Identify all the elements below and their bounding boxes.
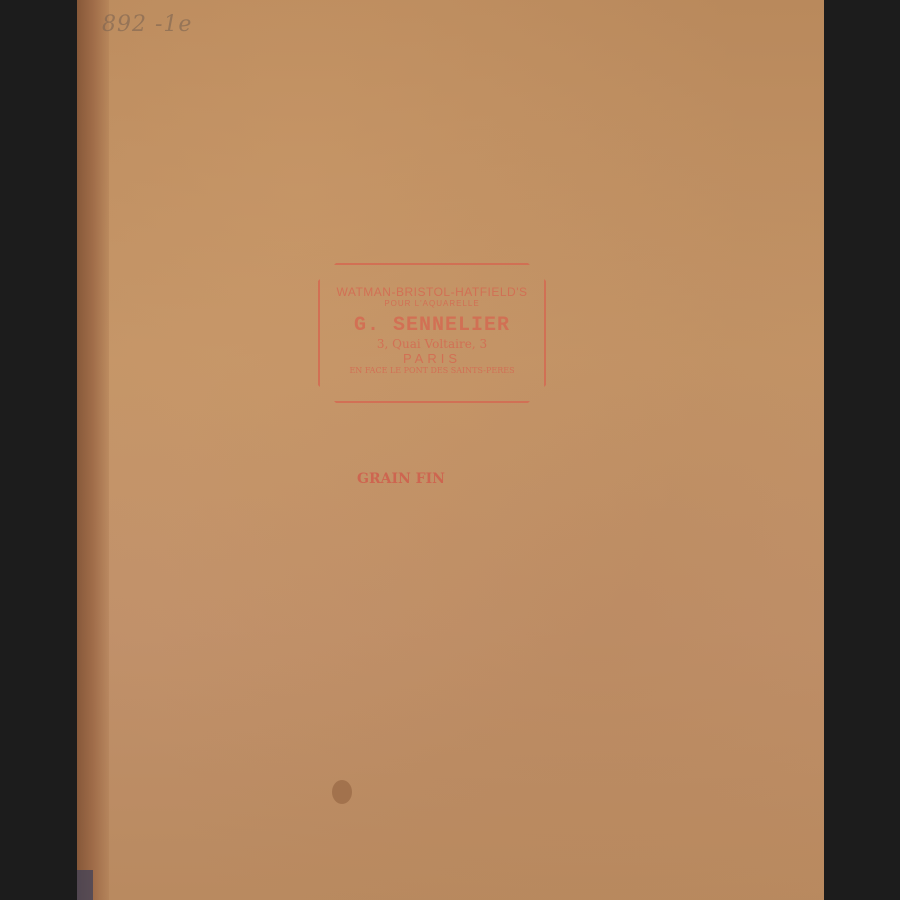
stain-spot: [332, 780, 352, 804]
stamp-line-6: EN FACE LE PONT DES SAINTS-PERES: [320, 366, 544, 375]
grain-fin-label: GRAIN FIN: [357, 471, 445, 487]
stamp-line-5: PARIS: [320, 351, 544, 366]
stamp-line-4: 3, Quai Voltaire, 3: [320, 337, 544, 351]
stamp-line-3: G. SENNELIER: [320, 314, 544, 337]
stamp-line-2: POUR L'AQUARELLE: [320, 299, 544, 308]
paper-backing: 892 -1e WATMAN-BRISTOL-HATFIELD'S POUR L…: [77, 0, 824, 900]
blue-mark: [77, 870, 93, 900]
pencil-inscription: 892 -1e: [102, 12, 192, 37]
stamp-line-1: WATMAN-BRISTOL-HATFIELD'S: [320, 285, 544, 299]
tape-edge-strip: [77, 0, 109, 900]
sennelier-stamp: WATMAN-BRISTOL-HATFIELD'S POUR L'AQUAREL…: [318, 263, 546, 403]
